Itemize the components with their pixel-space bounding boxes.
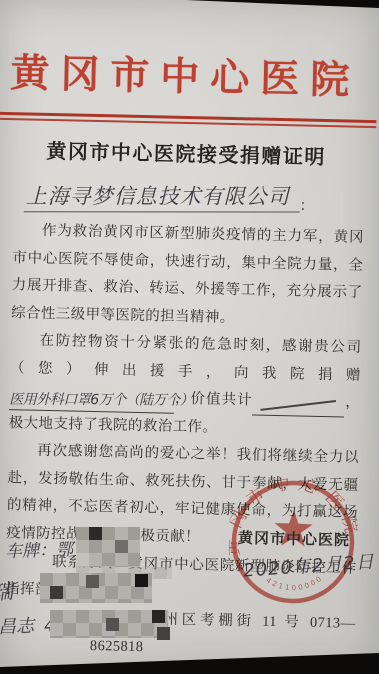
donation-blank: 医用外科口罩6万个（陆万个） xyxy=(9,389,174,414)
note-3-partial-chars: 昌志 xyxy=(0,616,34,638)
plate-label: 车牌： xyxy=(5,540,57,562)
note-2-partial-char: 瑞 xyxy=(0,579,14,604)
redacted-area-3 xyxy=(50,610,168,638)
handwritten-note-2: 瑞 xyxy=(0,575,14,605)
paragraph-2-prefix: 在防控物资十分紧张的危急时刻，感谢贵公司（您）伸出援手，向我院捐赠 xyxy=(10,333,362,384)
letterhead-divider xyxy=(0,112,376,128)
paragraph-1: 作为救治黄冈市区新型肺炎疫情的主力军，黄冈市中心医院不辱使命，快速行动，集中全院… xyxy=(11,217,364,335)
paper-sheet: 黄冈市中心医院 黄冈市中心医院接受捐赠证明 上海寻梦信息技术有限公司： 作为救治… xyxy=(0,0,379,674)
signature-hospital-name: 黄冈市中心医院 xyxy=(238,527,350,551)
donation-amount-handwritten: 医用外科口罩6万个（陆万个） xyxy=(9,389,193,410)
blank-slash-mark xyxy=(261,400,337,411)
plate-province: 鄂 xyxy=(56,540,74,561)
redacted-area-2 xyxy=(40,573,152,603)
hospital-letterhead: 黄冈市中心医院 xyxy=(10,42,378,106)
handwritten-note-3: 昌志4 xyxy=(0,611,55,639)
photo-of-document: 黄冈市中心医院 黄冈市中心医院接受捐赠证明 上海寻梦信息技术有限公司： 作为救治… xyxy=(0,0,379,674)
value-blank xyxy=(252,394,344,417)
redacted-area-plate xyxy=(76,527,140,567)
paragraph-2: 在防控物资十分紧张的危急时刻，感谢贵公司（您）伸出援手，向我院捐赠医用外科口罩6… xyxy=(8,327,361,445)
recipient-colon: ： xyxy=(299,198,314,214)
license-plate-note: 车牌：鄂 xyxy=(5,535,74,562)
recipient-company-handwritten: 上海寻梦信息技术有限公司 xyxy=(24,180,300,212)
